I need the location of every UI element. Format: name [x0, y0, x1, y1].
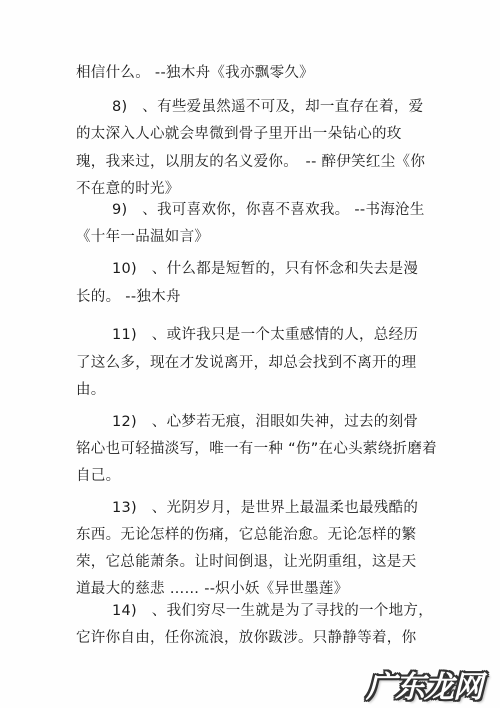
quote-8-line-1: 8) 、有些爱虽然遥不可及，却一直存在着，爱	[112, 98, 423, 116]
quote-13-line-1: 13) 、光阴岁月，是世界上最温柔也最残酷的	[112, 499, 418, 517]
quote-8-line-3: 瑰，我来过，以朋友的名义爱你。 -- 醉伊笑红尘《你	[76, 153, 425, 171]
quote-14-line-1: 14) 、我们穷尽一生就是为了寻找的一个地方，	[112, 602, 433, 620]
quote-10-line-2: 长的。 --独木舟	[76, 288, 181, 306]
watermark-logo: 广东龙网	[366, 662, 482, 706]
quote-12-line-3: 自己。	[76, 467, 120, 485]
quote-11-line-1: 11) 、或许我只是一个太重感情的人，总经历	[112, 326, 418, 344]
quote-8-line-2: 的太深入人心就会卑微到骨子里开出一朵钻心的玫	[76, 125, 402, 143]
quote-14-line-2: 它许你自由，任你流浪，放你跋涉。只静静等着，你	[76, 629, 416, 647]
document-page: 相信什么。 --独木舟《我亦飘零久》 8) 、有些爱虽然遥不可及，却一直存在着，…	[0, 0, 500, 708]
quote-11-line-3: 由。	[76, 381, 106, 399]
quote-10-line-1: 10) 、什么都是短暂的，只有怀念和失去是漫	[112, 260, 418, 278]
quote-13-line-3: 荣，它总能萧条。让时间倒退，让光阴重组，这是天	[76, 553, 416, 571]
quote-12-line-2: 铭心也可轻描淡写，唯一有一种 “伤”在心头萦绕折磨着	[76, 440, 437, 458]
quote-9-line-1: 9) 、我可喜欢你，你喜不喜欢我。 --书海沧生	[112, 201, 425, 219]
quote-8-line-4: 不在意的时光》	[76, 180, 180, 198]
quote-13-line-4: 道最大的慈悲 …… --炽小妖《异世墨莲》	[76, 580, 348, 598]
quote-12-line-1: 12) 、心梦若无痕，泪眼如失神，过去的刻骨	[112, 413, 418, 431]
quote-9-line-2: 《十年一品温如言》	[76, 228, 209, 246]
quote-11-line-2: 了这么多，现在才发说离开，却总会找到不离开的理	[76, 354, 416, 372]
quote-13-line-2: 东西。无论怎样的伤痛，它总能治愈。无论怎样的繁	[76, 526, 416, 544]
text-line-1: 相信什么。 --独木舟《我亦飘零久》	[76, 64, 314, 82]
